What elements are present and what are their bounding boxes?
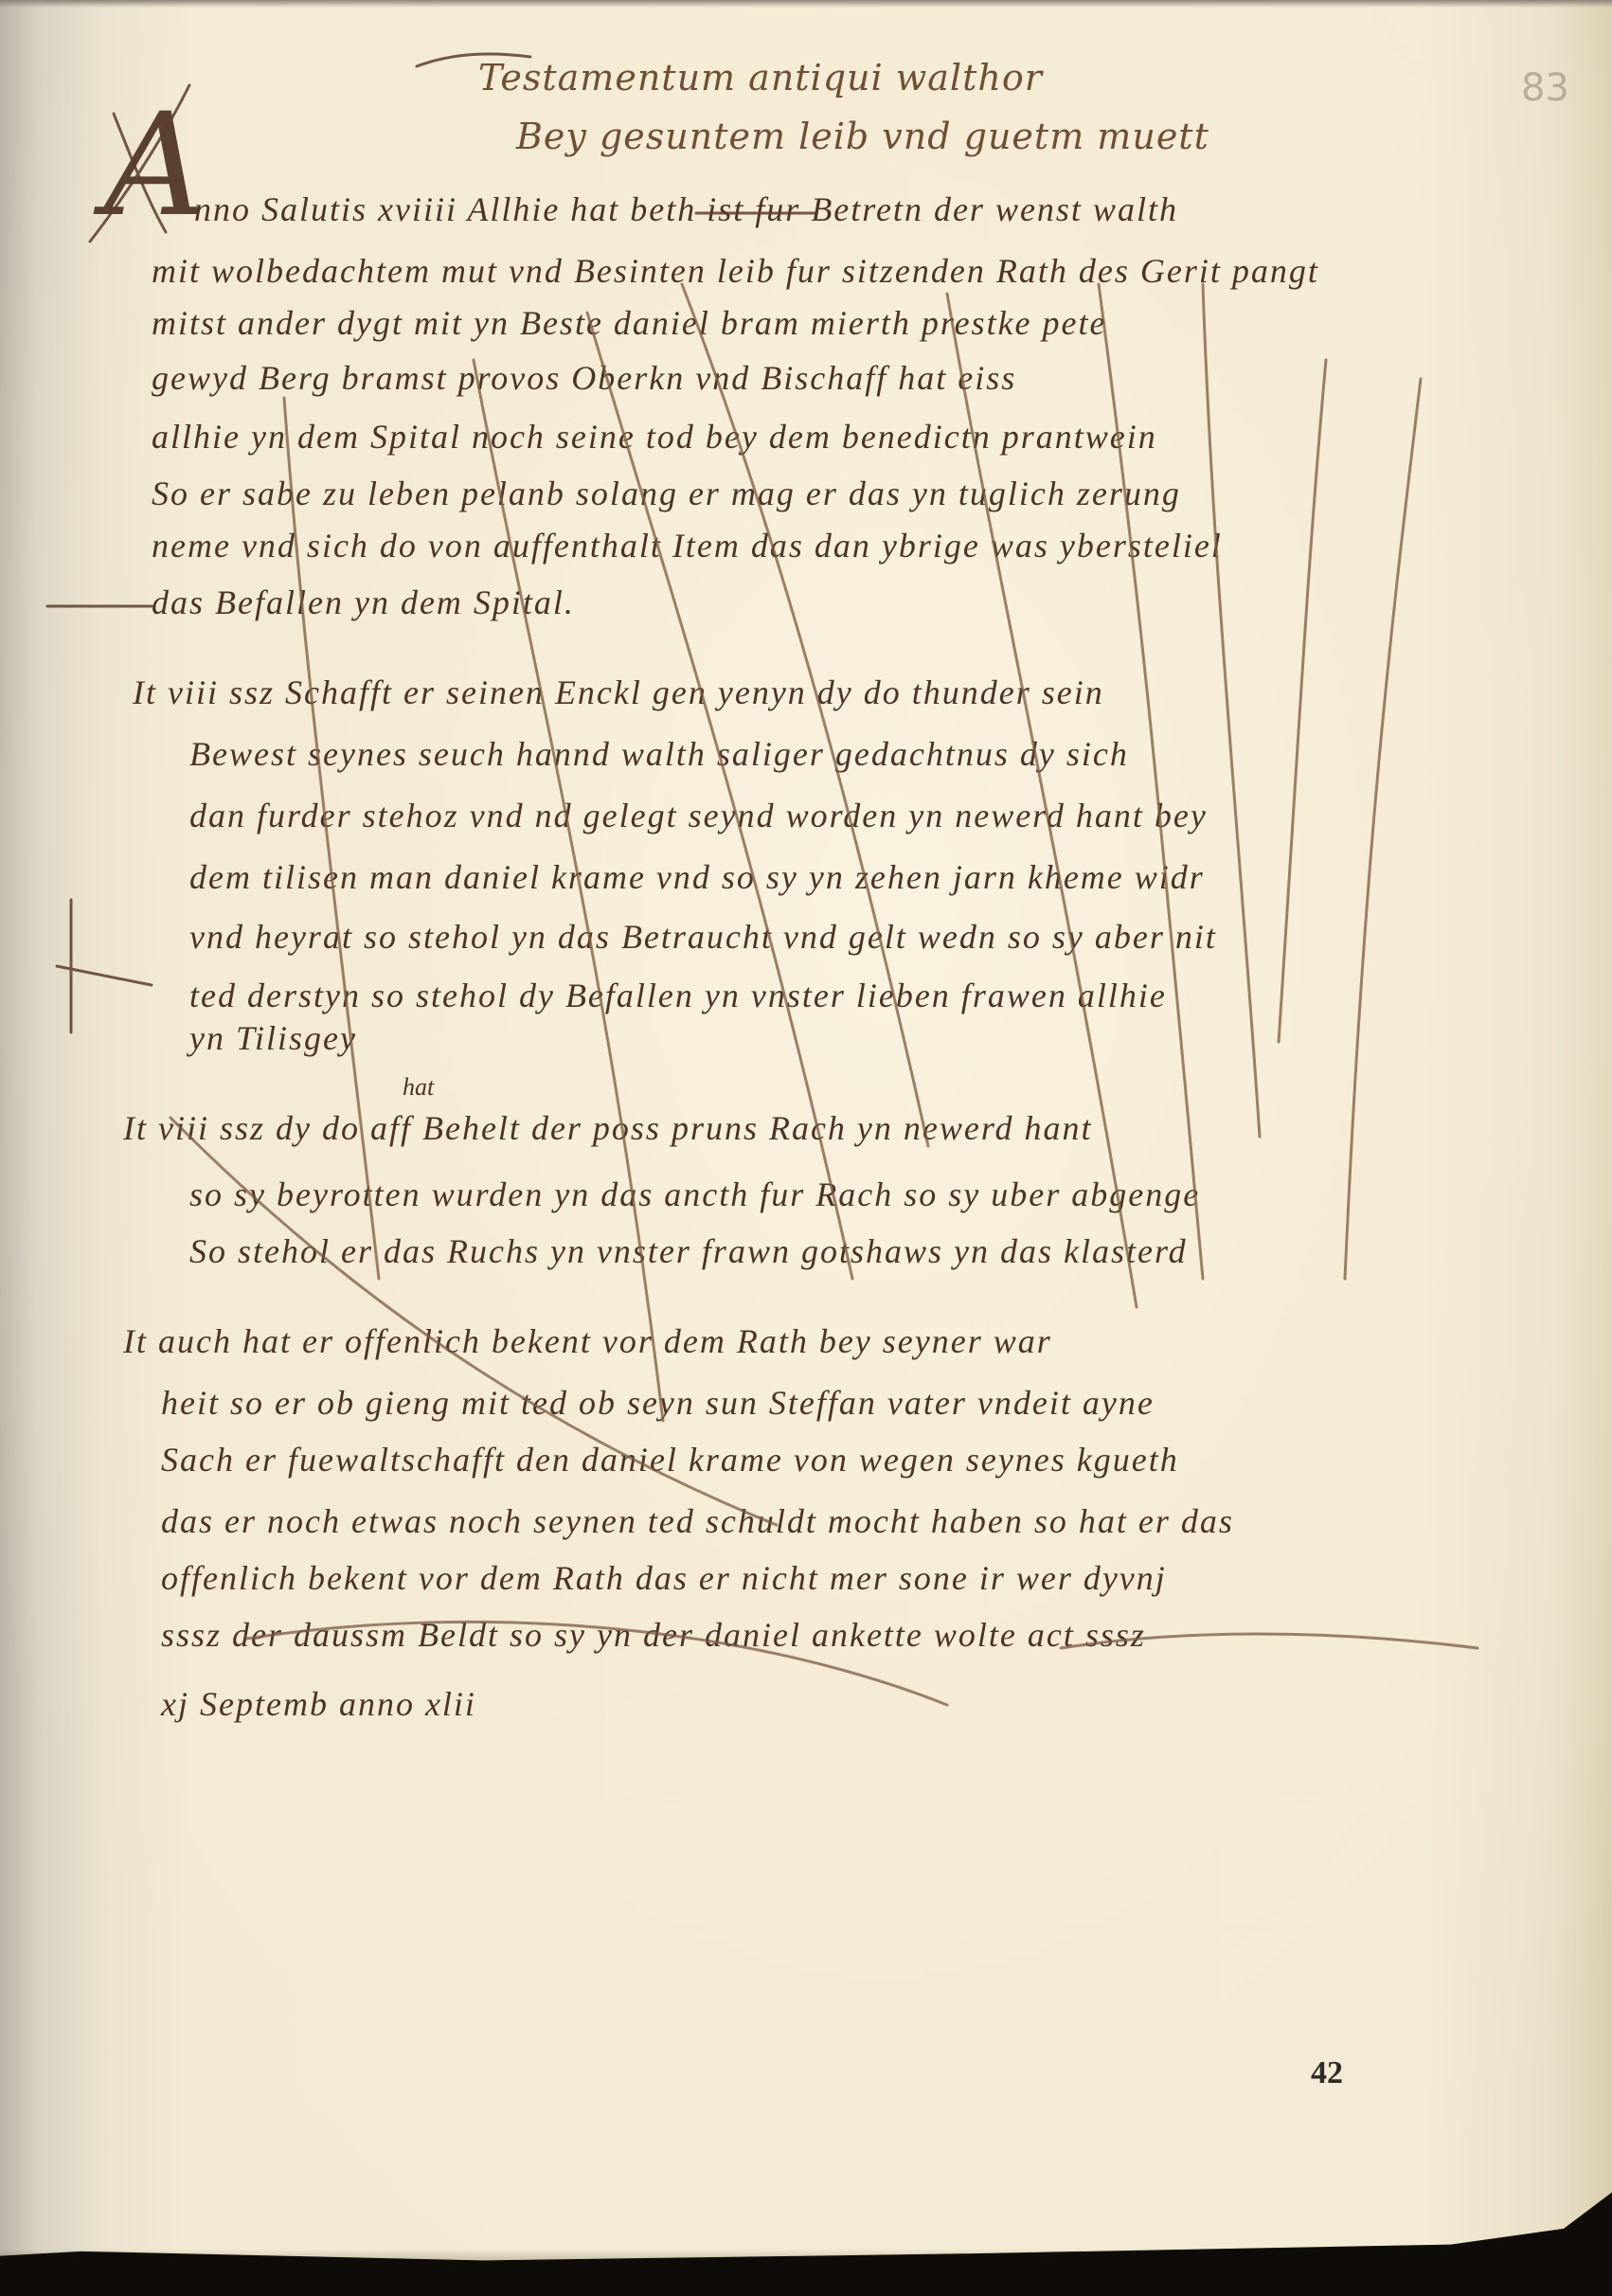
text-line: dan furder stehoz vnd nd gelegt seynd wo… <box>189 796 1208 835</box>
text-line: So stehol er das Ruchs yn vnster frawn g… <box>189 1231 1188 1271</box>
text-line: Sach er fuewaltschafft den daniel krame … <box>161 1440 1179 1480</box>
text-line: heit so er ob gieng mit ted ob seyn sun … <box>161 1383 1155 1423</box>
folio-number: 83 <box>1521 66 1569 110</box>
text-line: mit wolbedachtem mut vnd Besinten leib f… <box>152 251 1319 291</box>
text-line: It viii ssz dy do aff Behelt der poss pr… <box>123 1108 1093 1148</box>
heading-line-2: Bey gesuntem leib vnd guetm muett <box>516 116 1209 157</box>
text-line: so sy beyrotten wurden yn das ancth fur … <box>189 1175 1200 1214</box>
text-line: ted derstyn so stehol dy Befallen yn vns… <box>189 976 1167 1015</box>
text-line: allhie yn dem Spital noch seine tod bey … <box>152 417 1157 457</box>
text-line: mitst ander dygt mit yn Beste daniel bra… <box>152 303 1106 343</box>
text-line: It auch hat er offenlich bekent vor dem … <box>123 1321 1052 1361</box>
text-line: It viii ssz Schafft er seinen Enckl gen … <box>133 673 1104 712</box>
heading-line-1: Testamentum antiqui walthor <box>478 57 1043 99</box>
text-line: gewyd Berg bramst provos Oberkn vnd Bisc… <box>152 358 1016 398</box>
cancellation-strokes <box>0 0 1612 2296</box>
text-line: neme vnd sich do von auffenthalt Item da… <box>152 526 1223 565</box>
text-line: das Befallen yn dem Spital. <box>152 583 575 622</box>
interlinear-insertion: hat <box>403 1073 434 1102</box>
text-line: yn Tilisgey <box>189 1018 357 1058</box>
decorative-initial: A <box>104 95 206 237</box>
page-top-edge <box>0 0 1612 8</box>
text-line: sssz der daussm Beldt so sy yn der danie… <box>161 1615 1146 1655</box>
text-line: Bewest seynes seuch hannd walth saliger … <box>189 734 1129 774</box>
text-line: offenlich bekent vor dem Rath das er nic… <box>161 1558 1167 1598</box>
manuscript-page: 83 Testamentum antiqui walthor Bey gesun… <box>0 0 1612 2269</box>
page-number: 42 <box>1311 2055 1343 2091</box>
text-line: So er sabe zu leben pelanb solang er mag… <box>152 474 1181 513</box>
text-line: dem tilisen man daniel krame vnd so sy y… <box>189 857 1205 897</box>
text-line: vnd heyrat so stehol yn das Betraucht vn… <box>189 917 1217 957</box>
text-line: xj Septemb anno xlii <box>161 1684 476 1724</box>
text-line: das er noch etwas noch seynen ted schuld… <box>161 1501 1234 1541</box>
text-line: nno Salutis xviiii Allhie hat beth ist f… <box>194 189 1178 229</box>
